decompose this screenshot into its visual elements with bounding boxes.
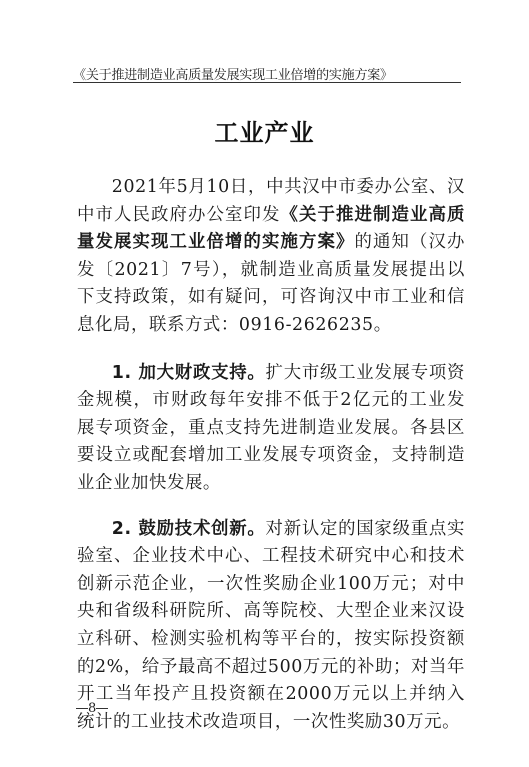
running-header: 《关于推进制造业高质量发展实现工业倍增的实施方案》	[73, 64, 461, 83]
policy-item-2: 2. 鼓励技术创新。对新认定的国家级重点实验室、企业技术中心、工程技术研究中心和…	[77, 516, 465, 737]
page-number-dash-right	[96, 708, 108, 709]
intro-paragraph: 2021年5月10日，中共汉中市委办公室、汉中市人民政府办公室印发《关于推进制造…	[77, 174, 465, 340]
policy-item-1: 1. 加大财政支持。扩大市级工业发展专项资金规模，市财政每年安排不低于2亿元的工…	[77, 360, 465, 498]
header-rule	[73, 82, 461, 83]
page-number-value: 8	[88, 701, 96, 716]
policy-item-2-heading: 2. 鼓励技术创新。	[112, 519, 266, 539]
policy-item-1-heading: 1. 加大财政支持。	[112, 363, 266, 383]
page-number-dash-left	[76, 708, 88, 709]
policy-item-2-body: 对新认定的国家级重点实验室、企业技术中心、工程技术研究中心和技术创新示范企业，一…	[77, 519, 465, 732]
page-title: 工业产业	[0, 113, 529, 148]
page-number: 8	[76, 701, 108, 716]
document-body: 2021年5月10日，中共汉中市委办公室、汉中市人民政府办公室印发《关于推进制造…	[77, 174, 465, 736]
